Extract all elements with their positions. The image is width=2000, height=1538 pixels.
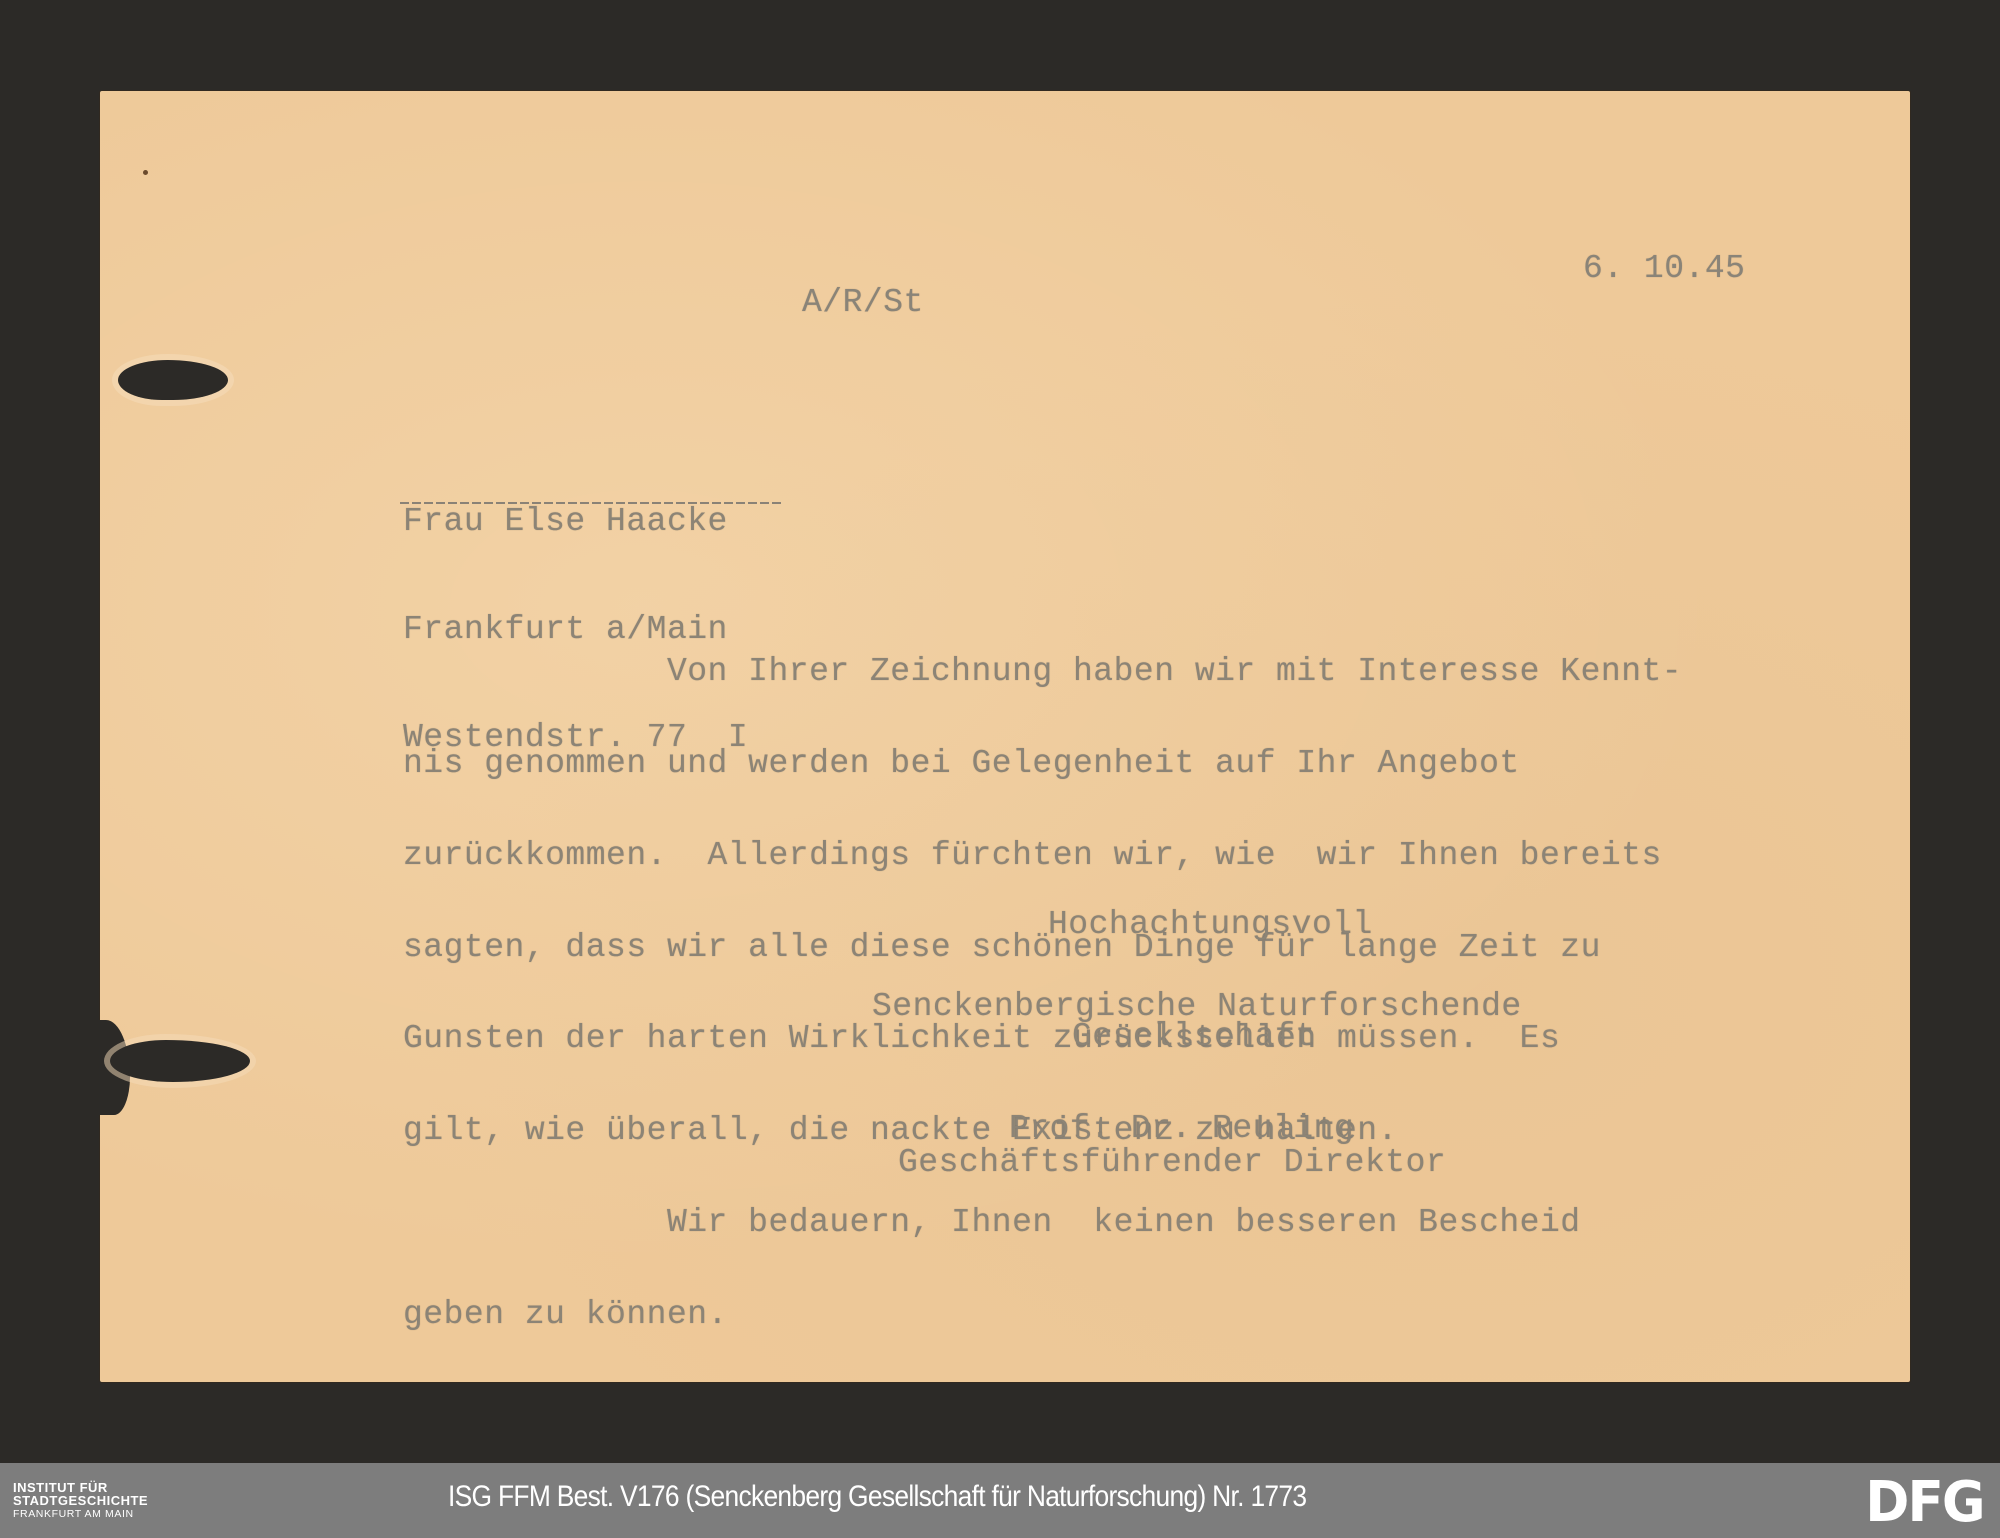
body-line: Gunsten der harten Wirklichkeit zurückst…	[403, 1024, 1682, 1055]
letter-date: 6. 10.45	[1583, 252, 1745, 285]
institute-logo-line3: FRANKFURT AM MAIN	[13, 1508, 148, 1521]
closing-salutation: Hochachtungsvoll	[1048, 908, 1373, 941]
body-line: sagten, dass wir alle diese schönen Ding…	[403, 933, 1682, 964]
organization-name-line2: Gesellschaft	[1072, 1020, 1316, 1053]
body-line: Wir bedauern, Ihnen keinen besseren Besc…	[403, 1208, 1682, 1239]
city-underline	[400, 502, 782, 504]
archive-footer-bar: INSTITUT FÜR STADTGESCHICHTE FRANKFURT A…	[0, 1463, 2000, 1538]
signer-title: Geschäftsführender Direktor	[898, 1146, 1446, 1179]
body-line: nis genommen und werden bei Gelegenheit …	[403, 749, 1682, 780]
torn-punch-hole-top	[118, 360, 228, 400]
signer-name: Prof. Dr. Reuling	[1009, 1112, 1354, 1145]
letter-body: Von Ihrer Zeichnung haben wir mit Intere…	[403, 596, 1682, 1361]
institute-logo-line2: STADTGESCHICHTE	[13, 1494, 148, 1507]
institute-logo: INSTITUT FÜR STADTGESCHICHTE FRANKFURT A…	[13, 1481, 148, 1521]
body-line: zurückkommen. Allerdings fürchten wir, w…	[403, 841, 1682, 872]
body-line: geben zu können.	[403, 1300, 1682, 1331]
paper-speck	[143, 170, 148, 175]
address-line-name: Frau Else Haacke	[403, 504, 748, 540]
reference-code: A/R/St	[802, 286, 924, 319]
archive-caption: ISG FFM Best. V176 (Senckenberg Gesellsc…	[448, 1480, 1306, 1514]
body-line: Von Ihrer Zeichnung haben wir mit Intere…	[403, 657, 1682, 688]
dfg-logo: DFG	[1866, 1475, 1984, 1531]
